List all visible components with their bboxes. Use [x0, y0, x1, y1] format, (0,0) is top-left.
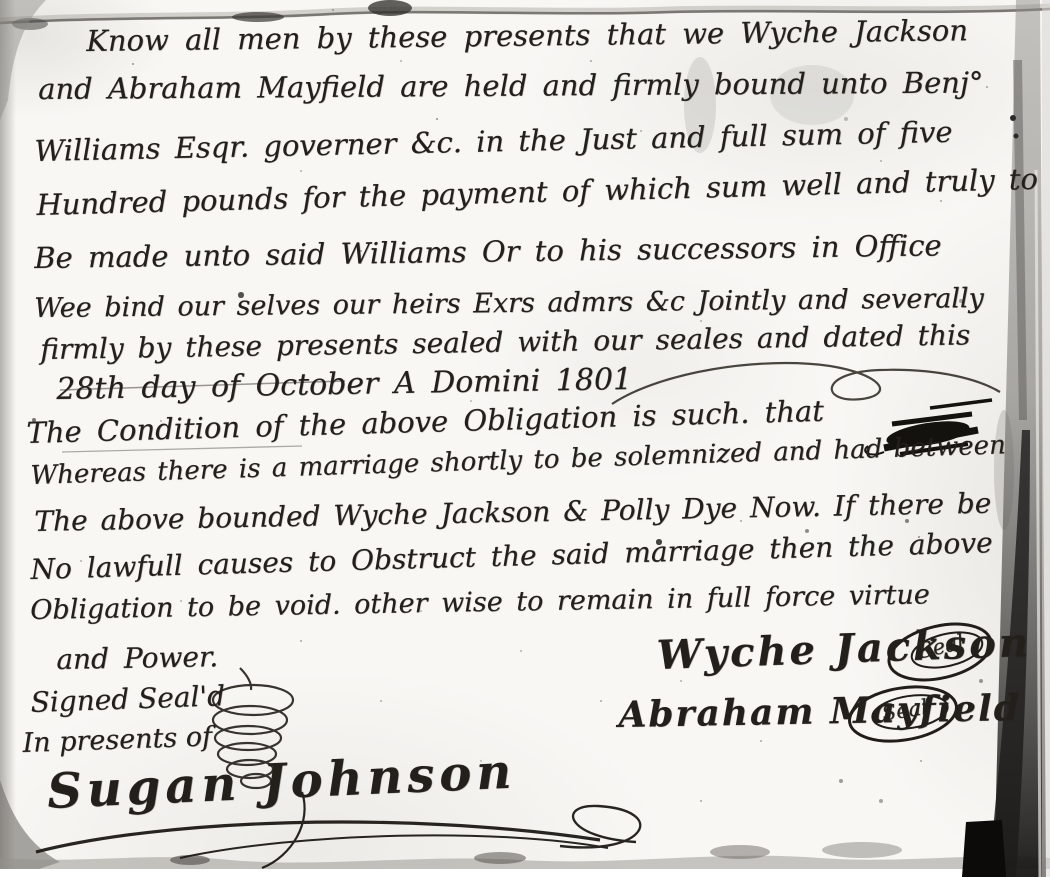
closing-in-presents: In presents of: [22, 721, 213, 759]
manuscript-line-1: Know all men by these presents that we W…: [86, 13, 968, 58]
manuscript-line-13: Obligation to be void. other wise to rem…: [30, 579, 930, 626]
manuscript-line-2: and Abraham Mayfield are held and firmly…: [38, 65, 983, 106]
manuscript-line-3: Williams Esqr. governer &c. in the Just …: [34, 115, 953, 168]
manuscript-page: Know all men by these presents that we W…: [0, 0, 1050, 877]
signature-wyche-jackson: Wyche Jackson: [656, 619, 1032, 679]
closing-signed-sealed: Signed Seal'd: [30, 679, 226, 719]
manuscript-line-8-date: 28th day of October A Domini 1801: [56, 362, 632, 407]
manuscript-line-6: Wee bind our selves our heirs Exrs admrs…: [34, 283, 984, 324]
manuscript-line-4: Hundred pounds for the payment of which …: [36, 162, 1038, 222]
signature-abraham-mayfield: Abraham Mayfield: [618, 687, 1021, 736]
manuscript-line-5: Be made unto said Williams Or to his suc…: [34, 228, 942, 275]
manuscript-line-7: firmly by these presents sealed with our…: [40, 318, 971, 366]
manuscript-line-14: and Power.: [56, 640, 218, 676]
paper-speckles: [0, 0, 2, 2]
